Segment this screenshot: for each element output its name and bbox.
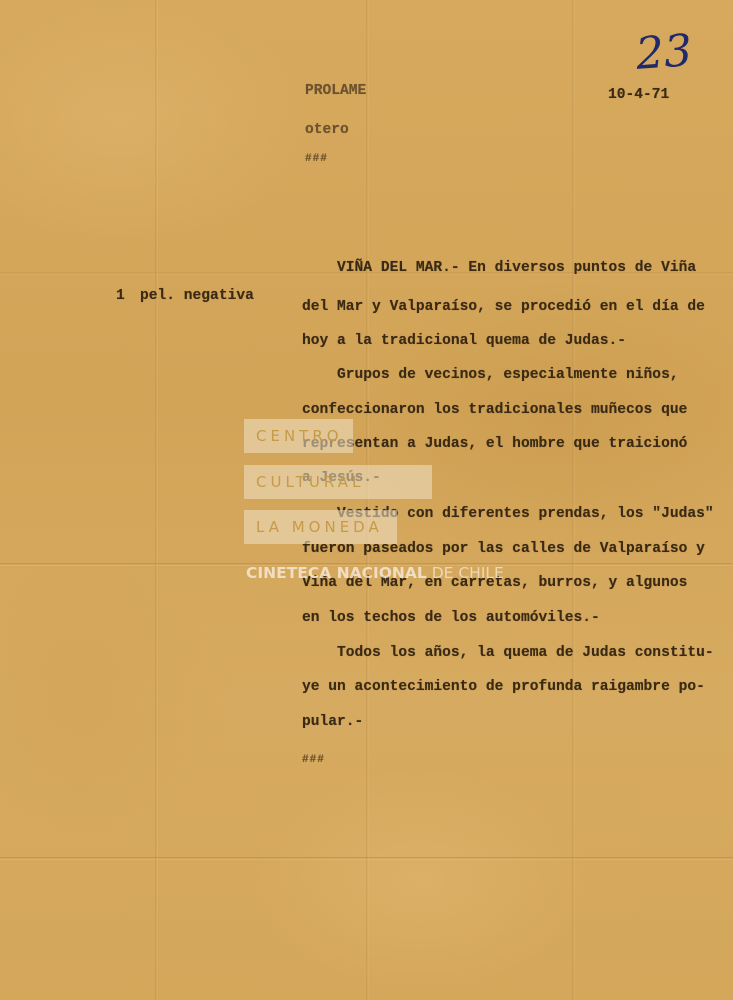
body-line: del Mar y Valparaíso, se procedió en el … bbox=[302, 298, 705, 316]
body-line: confeccionaron los tradicionales muñecos… bbox=[302, 401, 687, 419]
watermark-line: CENTRO bbox=[256, 419, 343, 453]
archive-watermark-light: DE CHILE bbox=[427, 564, 504, 582]
body-line: pular.- bbox=[302, 713, 363, 731]
body-line: ye un acontecimiento de profunda raigamb… bbox=[302, 678, 705, 696]
body-line: VIÑA DEL MAR.- En diversos puntos de Viñ… bbox=[302, 259, 696, 277]
header-separator: ### bbox=[305, 150, 328, 168]
margin-note-label: pel. negativa bbox=[140, 287, 254, 305]
handwritten-page-number: 23 bbox=[634, 26, 693, 80]
body-line: Todos los años, la quema de Judas consti… bbox=[302, 644, 714, 662]
end-mark: ### bbox=[302, 751, 325, 769]
paper-background bbox=[0, 0, 733, 1000]
author-name: otero bbox=[305, 121, 349, 139]
margin-note-prefix: 1 bbox=[116, 287, 125, 305]
body-line: en los techos de los automóviles.- bbox=[302, 609, 600, 627]
program-code: PROLAME bbox=[305, 82, 366, 100]
watermark-line: LA MONEDA bbox=[256, 510, 383, 544]
watermark-line: CULTURAL bbox=[256, 465, 364, 499]
body-line: Grupos de vecinos, especialmente niños, bbox=[302, 366, 679, 384]
archive-watermark-bold: CINETECA NACIONAL bbox=[246, 564, 427, 582]
body-line: hoy a la tradicional quema de Judas.- bbox=[302, 332, 626, 350]
body-line: representan a Judas, el hombre que traic… bbox=[302, 435, 687, 453]
document-date: 10-4-71 bbox=[608, 86, 669, 104]
archive-watermark: CINETECA NACIONAL DE CHILE bbox=[246, 563, 504, 583]
